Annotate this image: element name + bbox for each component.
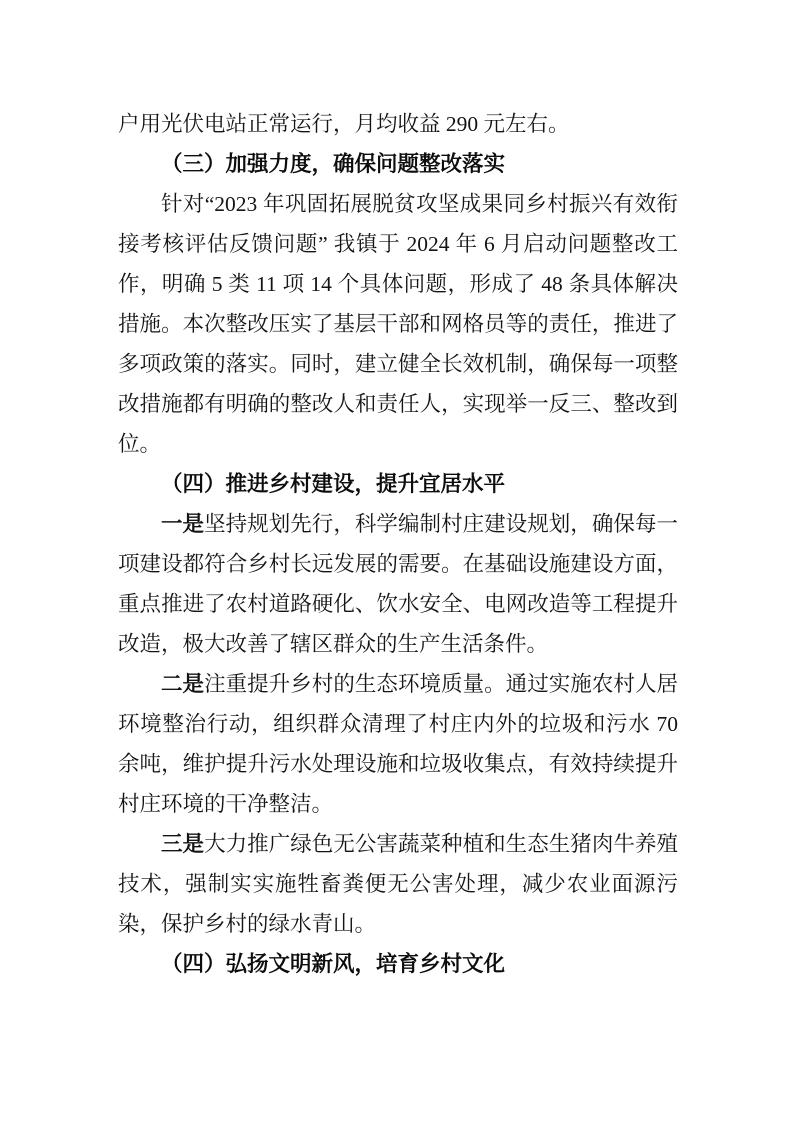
heading-section-4-rural-construction: （四）推进乡村建设，提升宜居水平 xyxy=(118,464,678,504)
paragraph-point-3-agriculture: 三是大力推广绿色无公害蔬菜种植和生态生猪肉牛养殖技术，强制实实施牲畜粪便无公害处… xyxy=(118,824,678,944)
document-page: 户用光伏电站正常运行，月均收益 290 元左右。 （三）加强力度，确保问题整改落… xyxy=(0,0,793,1122)
paragraph-point-1-lead: 一是 xyxy=(161,512,204,536)
paragraph-point-3-lead: 三是 xyxy=(161,832,204,856)
paragraph-solar-income: 户用光伏电站正常运行，月均收益 290 元左右。 xyxy=(118,104,678,144)
paragraph-rectification-details: 针对“2023 年巩固拓展脱贫攻坚成果同乡村振兴有效衔接考核评估反馈问题” 我镇… xyxy=(118,184,678,464)
heading-section-4-culture: （四）弘扬文明新风，培育乡村文化 xyxy=(118,944,678,984)
heading-section-3-rectification: （三）加强力度，确保问题整改落实 xyxy=(118,144,678,184)
paragraph-point-2-environment: 二是注重提升乡村的生态环境质量。通过实施农村人居环境整治行动，组织群众清理了村庄… xyxy=(118,664,678,824)
document-content: 户用光伏电站正常运行，月均收益 290 元左右。 （三）加强力度，确保问题整改落… xyxy=(118,104,678,984)
paragraph-point-1-planning: 一是坚持规划先行，科学编制村庄建设规划，确保每一项建设都符合乡村长远发展的需要。… xyxy=(118,504,678,664)
paragraph-point-2-lead: 二是 xyxy=(161,672,204,696)
